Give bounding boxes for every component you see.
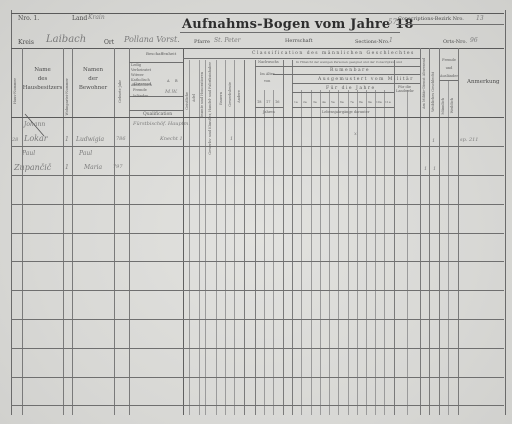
col-line — [439, 48, 440, 415]
col-line — [234, 60, 235, 415]
resident-name: Paul — [79, 150, 92, 157]
resident-name: Ludwigia — [76, 136, 104, 143]
header-rule — [255, 66, 420, 67]
stand-row: Inländer — [133, 93, 163, 99]
year-col: 9a — [368, 100, 372, 104]
sections-label: Sections-Nro. — [355, 39, 390, 45]
pfarre-label: Pfarre — [194, 39, 210, 45]
header-line: Bewohner — [72, 84, 114, 93]
nachwuchs-mark: 1 — [230, 136, 233, 142]
col-line — [225, 60, 226, 415]
row-rule — [11, 175, 504, 176]
year-col: 8a — [359, 100, 363, 104]
header-rule — [292, 83, 420, 84]
header-rule — [255, 107, 283, 108]
conscription-rule — [396, 24, 504, 25]
row-rule — [11, 290, 504, 291]
class-col-header: Gewerbs- und Künstler, Handel- und Fabri… — [208, 62, 212, 155]
class-col-header: Geistliche — [185, 92, 189, 110]
col-line — [264, 90, 265, 415]
header-bottom-rule — [11, 117, 504, 118]
col-line — [394, 60, 395, 415]
col-line — [301, 90, 302, 415]
col-line — [329, 90, 330, 415]
header-line: der — [72, 75, 114, 84]
land-label: Land — [72, 15, 87, 22]
qualification-header: Qualification — [143, 112, 172, 117]
col-header-haus-nummer: Haus-Nummer — [13, 78, 17, 104]
jahren-label: Jahren — [263, 110, 275, 114]
title-rule — [180, 32, 400, 33]
kreis-value: Laibach — [46, 34, 86, 45]
col-line — [420, 48, 421, 415]
party-number: 1 — [65, 164, 69, 171]
col-line — [114, 48, 115, 415]
col-line — [273, 90, 274, 415]
col-header-wohnpartei: Wohnpartei-Nummer — [65, 78, 69, 115]
row-rule — [11, 146, 504, 147]
owner-first-name: Paul — [22, 150, 35, 157]
header-line: Ausländer — [440, 72, 458, 80]
row-rule — [11, 204, 504, 205]
col-line — [255, 60, 256, 415]
landwehr-header: Landwehr — [396, 89, 414, 93]
col-line — [357, 90, 358, 415]
header-line: Hausbesitzers — [22, 84, 63, 93]
weiblich-col-header: Weiblich — [450, 98, 454, 113]
year-col: 4a — [322, 100, 326, 104]
jahre-footer: Lebensjahrgänge darunter — [322, 110, 370, 114]
year-col: 2a — [303, 100, 307, 104]
year-col: 11a — [385, 100, 391, 104]
col-line — [22, 48, 23, 415]
row-rule — [11, 319, 504, 320]
col-line — [189, 60, 190, 415]
form-number-label: Nro. 1. — [18, 15, 39, 22]
stand-value: M.W. — [165, 89, 178, 95]
header-rule — [273, 74, 420, 75]
header-rule — [292, 92, 394, 93]
row-rule — [11, 261, 504, 262]
header-line: und — [440, 64, 458, 72]
class-note: Knecht 1 — [160, 136, 183, 142]
header-line: Fremde — [440, 56, 458, 64]
header-line: des — [22, 75, 63, 84]
militaer-mark: 1 — [424, 166, 427, 172]
year-col: 1a — [294, 100, 298, 104]
orts-label: Orts-Nro. — [443, 39, 467, 45]
orts-value: 96 — [470, 37, 478, 44]
col-line — [458, 48, 459, 415]
ausgemustert-band: Ausgemustert vom Militär — [318, 77, 414, 82]
class-col-header: Andere — [237, 90, 241, 103]
sections-value: 1 — [389, 37, 393, 44]
herrschaft-label: Herrschaft — [285, 38, 313, 44]
age-col: 17 — [266, 100, 270, 104]
year-col: 5a — [331, 100, 335, 104]
col-line — [63, 48, 64, 415]
year-col: 3a — [313, 100, 317, 104]
table-top-border — [11, 48, 504, 49]
owner-surname: Zupančič — [14, 163, 51, 172]
col-line — [348, 90, 349, 415]
col-line — [375, 90, 376, 415]
stand-rows: Abwesend Fremde Inländer — [133, 81, 163, 99]
class-col-header: Bauern — [219, 92, 223, 105]
col-line — [320, 90, 321, 415]
col-line — [448, 80, 449, 415]
nachwuchs-header: Nachwuchs — [258, 60, 279, 64]
land-value: Krain — [88, 14, 105, 21]
class-col-header: Beamte und Honoratioren — [200, 72, 204, 118]
von-header: von — [264, 79, 270, 83]
col-line — [129, 48, 130, 415]
col-line — [183, 48, 184, 415]
conscription-label: Conscriptions-Bezirk Nro. — [398, 16, 464, 22]
col-line — [311, 90, 312, 415]
conscription-value: 13 — [476, 15, 484, 22]
age-col: 16 — [275, 100, 279, 104]
ort-value: Pollana Vorst. — [124, 35, 180, 44]
top-border — [11, 13, 504, 14]
col-line — [292, 60, 293, 415]
col-line — [384, 90, 385, 415]
class-col-header: Adel — [192, 94, 196, 102]
stand-col-b: B — [175, 79, 178, 83]
birth-year: 797 — [113, 164, 123, 170]
fuer-jahre-band: Für die Jahre — [326, 86, 376, 91]
fremde-header: Fremde und Ausländer — [440, 56, 458, 80]
row-rule — [11, 405, 504, 406]
im-alter-header: Im Alter — [260, 72, 275, 76]
row-rule — [11, 348, 504, 349]
col-line — [366, 90, 367, 415]
col-line — [205, 60, 206, 415]
col-line — [338, 90, 339, 415]
header-rule — [183, 58, 420, 59]
pfarre-value: St. Peter — [214, 37, 240, 44]
class-col-header: Gewerbsleute — [228, 82, 232, 107]
birth-year: 786 — [116, 136, 126, 142]
col-line — [72, 48, 73, 415]
year-col: 6a — [340, 100, 344, 104]
classification-band: Classification des männlichen Geschlecht… — [252, 51, 415, 56]
reserve-mark: x — [354, 131, 357, 137]
anmerkung-note: sp. 211 — [460, 137, 479, 143]
kommenden-band: Rumenbare — [330, 68, 370, 73]
form-title: Aufnahms-Bogen vom Jahre 18 — [182, 17, 414, 32]
anmerkung-header: Anmerkung — [467, 79, 500, 85]
weiblich-header: Weibliches Geschlecht — [431, 72, 435, 112]
row-rule — [11, 233, 504, 234]
header-line: Namen — [72, 66, 114, 75]
militaer-mark: 1 — [433, 166, 436, 172]
row-rule — [11, 377, 504, 378]
year-col: 7a — [350, 100, 354, 104]
militaer-mark: 1 — [432, 138, 435, 144]
header-line: Name — [22, 66, 63, 75]
census-form-sheet: Nro. 1. Land Krain Aufnahms-Bogen vom Ja… — [0, 0, 512, 424]
col-line — [429, 48, 430, 415]
header-rule — [129, 110, 183, 111]
col-line — [216, 60, 217, 415]
militaer-header: Am Militär-Dienst Abwesend — [422, 58, 426, 109]
col-line — [283, 60, 284, 415]
house-number: 28 — [12, 137, 18, 143]
kreis-label: Kreis — [18, 39, 34, 46]
party-number: 1 — [65, 136, 69, 143]
stand-col-a: A — [167, 79, 170, 83]
resident-name: Maria — [84, 164, 102, 171]
pen-stroke-mark — [22, 112, 50, 138]
header-rule — [292, 107, 394, 108]
ort-label: Ort — [104, 39, 114, 46]
col-header-geburtsjahr: Geburts-Jahr — [118, 80, 122, 103]
maennlich-header: Männlich — [441, 98, 445, 115]
beschaffenheit-title: Beschaffenheit — [146, 51, 176, 56]
col-header-bewohner: Namen der Bewohner — [72, 66, 114, 93]
age-col: 18 — [257, 100, 261, 104]
year-col: 10a — [376, 100, 382, 104]
col-header-hausbesitzer: Name des Hausbesitzers — [22, 66, 63, 93]
col-line — [244, 60, 245, 415]
qualification: Fürstbischöf. Hauptm. — [133, 121, 190, 127]
header-rule — [439, 80, 458, 81]
reserve-band: In Hinsicht der wenigen Personen geeigne… — [296, 60, 402, 64]
col-line — [407, 90, 408, 415]
